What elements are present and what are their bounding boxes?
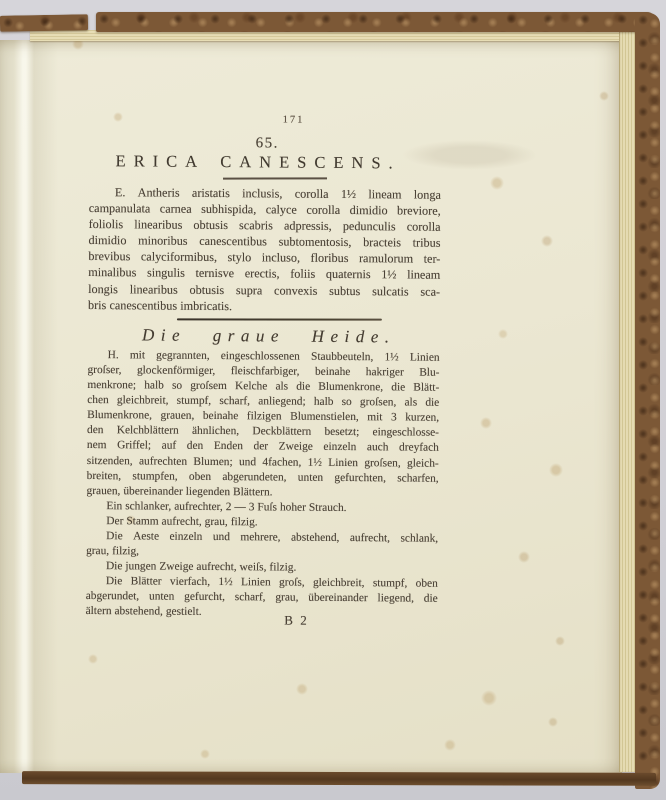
book-cover-top-left-edge	[0, 14, 88, 32]
text-line: brevibuscalyciformibus,styloincluso,flor…	[88, 249, 440, 268]
photo-background: { "colors": { "background": "#d1d0d6", "…	[0, 0, 666, 800]
book-cover-right-edge	[635, 13, 660, 789]
book-photo: 171 65. ERICA CANESCENS. E.Antherisarist…	[0, 0, 666, 800]
book-page: 171 65. ERICA CANESCENS. E.Antherisarist…	[0, 40, 622, 773]
section-divider-rule	[177, 318, 382, 321]
latin-diagnosis: E.Antherisaristatisinclusis,corolla1½lin…	[88, 185, 441, 317]
page-content: 171 65. ERICA CANESCENS. E.Antherisarist…	[0, 39, 623, 777]
signature-mark: B 2	[256, 612, 336, 629]
book-cover-top-edge	[96, 12, 656, 32]
entry-title: ERICA CANESCENS.	[89, 151, 427, 174]
german-description: H.mitgegrannten,eingeschlossenenStaubbeu…	[86, 349, 440, 623]
german-title: Die graue Heide.	[88, 325, 450, 348]
book-cover-bottom-edge	[22, 771, 656, 786]
title-underline	[223, 177, 327, 179]
page-number: 171	[253, 114, 333, 126]
text-line: briscanescentibusimbricatis.	[88, 298, 440, 317]
text-line: groſser,glockenförmiger,fleischfarbiger,…	[87, 364, 439, 382]
